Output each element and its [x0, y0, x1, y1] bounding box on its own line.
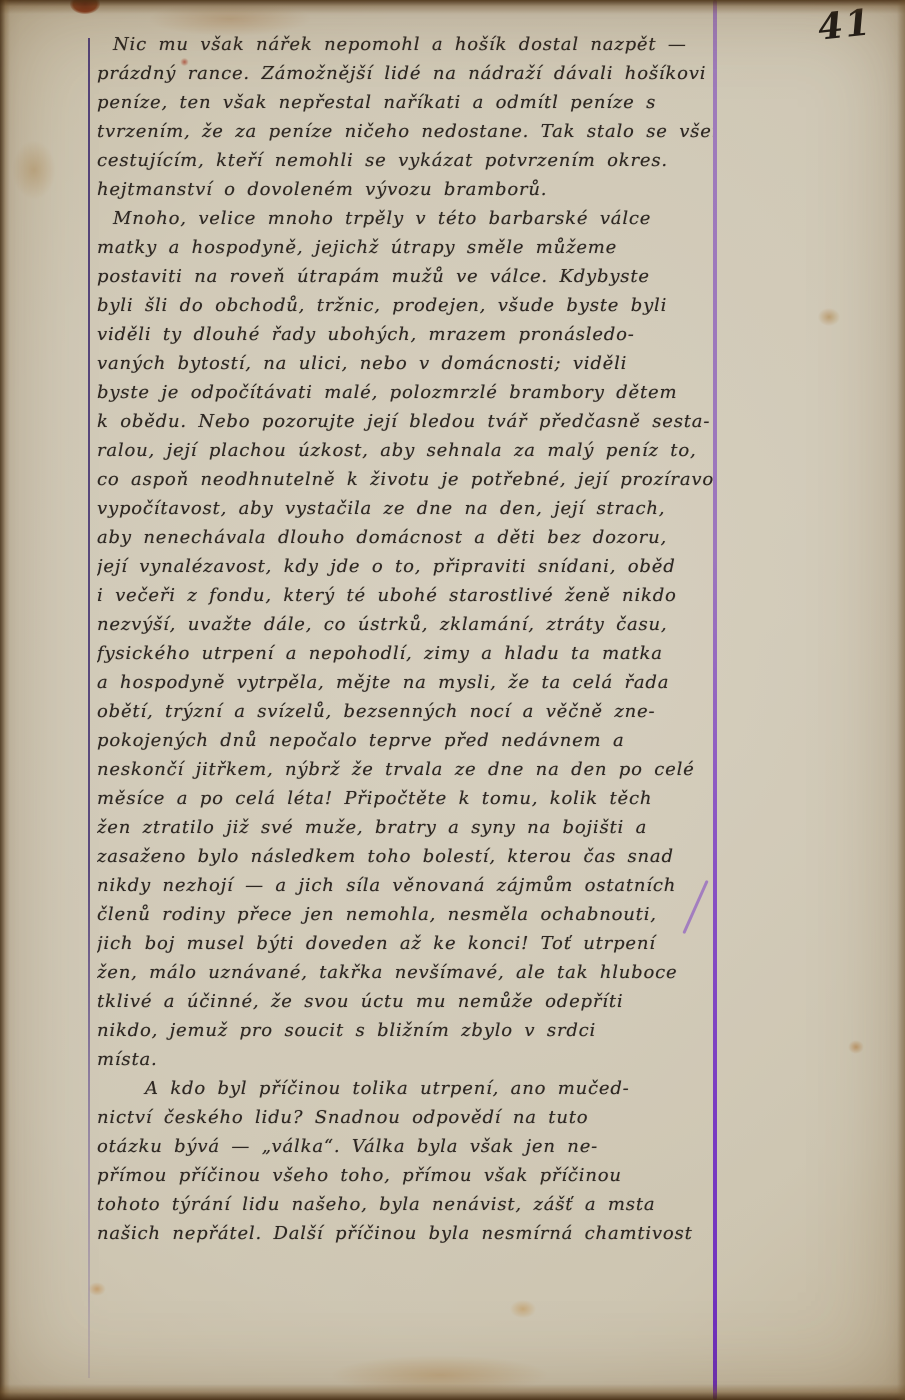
manuscript-line: viděli ty dlouhé řady ubohých, mrazem pr… [97, 320, 713, 349]
manuscript-line: a hospodyně vytrpěla, mějte na mysli, že… [97, 668, 713, 697]
manuscript-line: nictví českého lidu? Snadnou odpovědí na… [97, 1103, 713, 1132]
manuscript-line: Mnoho, velice mnoho trpěly v této barbar… [97, 204, 713, 233]
manuscript-line: obětí, trýzní a svízelů, bezsenných nocí… [97, 697, 713, 726]
scan-edge-top [0, 0, 905, 14]
manuscript-line: vypočítavost, aby vystačila ze dne na de… [97, 494, 713, 523]
manuscript-line: zasaženo bylo následkem toho bolestí, kt… [97, 842, 713, 871]
manuscript-line: vaných bytostí, na ulici, nebo v domácno… [97, 349, 713, 378]
manuscript-line: postaviti na roveň útrapám mužů ve válce… [97, 262, 713, 291]
manuscript-line: členů rodiny přece jen nemohla, nesměla … [97, 900, 713, 929]
manuscript-line: byli šli do obchodů, tržnic, prodejen, v… [97, 291, 713, 320]
manuscript-line: našich nepřátel. Další příčinou byla nes… [97, 1219, 713, 1248]
manuscript-line: tohoto týrání lidu našeho, byla nenávist… [97, 1190, 713, 1219]
manuscript-line: co aspoň neodhnutelně k životu je potřeb… [97, 465, 713, 494]
manuscript-line: pokojených dnů nepočalo teprve před nedá… [97, 726, 713, 755]
manuscript-line: cestujícím, kteří nemohli se vykázat pot… [97, 146, 713, 175]
scan-edge-left [0, 0, 10, 1400]
manuscript-line: nezvýší, uvažte dále, co ústrků, zklamán… [97, 610, 713, 639]
scan-edge-right [897, 0, 905, 1400]
manuscript-line: její vynalézavost, kdy jde o to, připrav… [97, 552, 713, 581]
manuscript-line: jich boj musel býti doveden až ke konci!… [97, 929, 713, 958]
stain [12, 140, 56, 200]
manuscript-line: tvrzením, že za peníze ničeho nedostane.… [97, 117, 713, 146]
manuscript-line: aby nenechávala dlouho domácnost a děti … [97, 523, 713, 552]
manuscript-line: k obědu. Nebo pozorujte její bledou tvář… [97, 407, 713, 436]
manuscript-line: prázdný rance. Zámožnější lidé na nádraž… [97, 59, 713, 88]
manuscript-line: nikdo, jemuž pro soucit s bližním zbylo … [97, 1016, 713, 1045]
manuscript-line: fysického utrpení a nepohodlí, zimy a hl… [97, 639, 713, 668]
manuscript-line: neskončí jitřkem, nýbrž že trvala ze dne… [97, 755, 713, 784]
manuscript-line: otázku bývá — „válka“. Válka byla však j… [97, 1132, 713, 1161]
manuscript-line: přímou příčinou všeho toho, přímou však … [97, 1161, 713, 1190]
manuscript-line: nikdy nezhojí — a jich síla věnovaná záj… [97, 871, 713, 900]
manuscript-line: hejtmanství o dovoleném vývozu bramborů. [97, 175, 713, 204]
manuscript-line: byste je odpočítávati malé, polozmrzlé b… [97, 378, 713, 407]
manuscript-line: měsíce a po celá léta! Připočtěte k tomu… [97, 784, 713, 813]
manuscript-text: Nic mu však nářek nepomohl a hošík dosta… [97, 30, 713, 1252]
manuscript-line: žen, málo uznávané, takřka nevšímavé, al… [97, 958, 713, 987]
manuscript-line: Nic mu však nářek nepomohl a hošík dosta… [97, 30, 713, 59]
stain [510, 1300, 536, 1318]
manuscript-line: peníze, ten však nepřestal naříkati a od… [97, 88, 713, 117]
stain [818, 308, 840, 326]
manuscript-line: i večeři z fondu, který té ubohé starost… [97, 581, 713, 610]
stain [88, 1282, 106, 1296]
right-margin-rule [713, 0, 717, 1400]
manuscript-line: A kdo byl příčinou tolika utrpení, ano m… [97, 1074, 713, 1103]
document-page: 41 Nic mu však nářek nepomohl a hošík do… [0, 0, 905, 1400]
stain [848, 1040, 864, 1054]
manuscript-line: ralou, její plachou úzkost, aby sehnala … [97, 436, 713, 465]
scan-edge-bottom [0, 1384, 905, 1400]
manuscript-line: tklivé a účinné, že svou úctu mu nemůže … [97, 987, 713, 1016]
manuscript-line: matky a hospodyně, jejichž útrapy směle … [97, 233, 713, 262]
manuscript-line: žen ztratilo již své muže, bratry a syny… [97, 813, 713, 842]
manuscript-line: místa. [97, 1045, 713, 1074]
left-margin-rule [88, 38, 90, 1378]
